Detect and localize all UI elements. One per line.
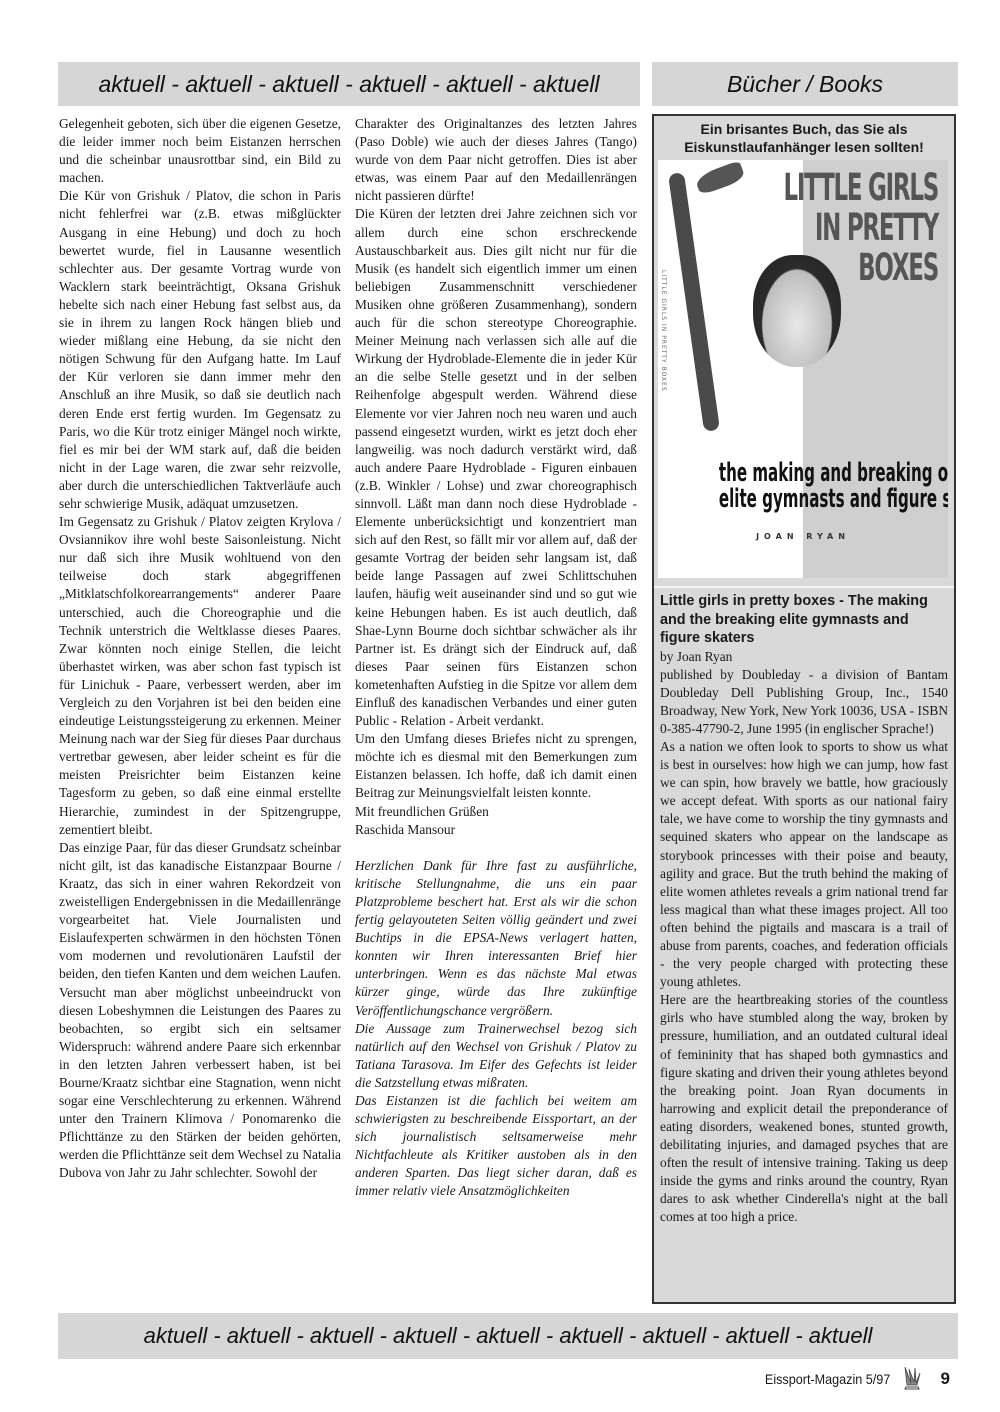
- books-header-text: Bücher / Books: [727, 71, 883, 98]
- footer-band-text: aktuell - aktuell - aktuell - aktuell - …: [144, 1323, 873, 1349]
- reply-paragraph: Das Eistanzen ist die fachlich bei weite…: [355, 1092, 637, 1201]
- paragraph: Um den Umfang dieses Briefes nicht zu sp…: [355, 730, 637, 802]
- cover-subtitle-line: elite gymnasts and figure skaters: [719, 486, 887, 512]
- book-title: Little girls in pretty boxes - The makin…: [654, 586, 954, 648]
- paragraph: Charakter des Originaltanzes des letzten…: [355, 115, 637, 205]
- cover-girl-photo: [753, 255, 841, 367]
- footer-band-aktuell: aktuell - aktuell - aktuell - aktuell - …: [58, 1313, 958, 1359]
- cover-arm-graphic: [668, 172, 720, 432]
- article-column-2: Charakter des Originaltanzes des letzten…: [355, 115, 637, 1201]
- book-description: Here are the heartbreaking stories of th…: [660, 991, 948, 1226]
- section-header-text: aktuell - aktuell - aktuell - aktuell - …: [98, 71, 599, 98]
- book-review-box: Ein brisantes Buch, das Sie als Eiskunst…: [652, 114, 956, 1304]
- page-number: 9: [941, 1369, 950, 1389]
- skater-logo-icon: [901, 1365, 923, 1393]
- paragraph: Die Küren der letzten drei Jahre zeichne…: [355, 205, 637, 730]
- book-description: As a nation we often look to sports to s…: [660, 738, 948, 991]
- paragraph: Das einzige Paar, für das dieser Grundsa…: [59, 839, 341, 1183]
- cover-author: JOAN RYAN: [658, 532, 948, 541]
- cover-spine-text: LITTLE GIRLS IN PRETTY BOXES: [660, 270, 667, 392]
- signature: Raschida Mansour: [355, 821, 637, 839]
- book-author: by Joan Ryan: [660, 648, 948, 666]
- book-cover-image: LITTLE GIRLS IN PRETTY BOXES LITTLE GIRL…: [658, 160, 948, 578]
- paragraph: Im Gegensatz zu Grishuk / Platov zeigten…: [59, 513, 341, 839]
- signoff: Mit freundlichen Grüßen: [355, 803, 637, 821]
- book-teaser: Ein brisantes Buch, das Sie als Eiskunst…: [654, 116, 954, 158]
- reply-paragraph: Die Aussage zum Trainerwechsel bezog sic…: [355, 1020, 637, 1092]
- editor-reply: Herzlichen Dank für Ihre fast zu ausführ…: [355, 857, 637, 1201]
- cover-subtitle-line: the making and breaking of: [719, 460, 887, 486]
- paragraph: Die Kür von Grishuk / Platov, die schon …: [59, 187, 341, 513]
- cover-subtitle: the making and breaking of elite gymnast…: [719, 460, 887, 512]
- cover-hand-graphic: [694, 160, 746, 195]
- book-publisher: published by Doubleday - a division of B…: [660, 666, 948, 738]
- paragraph: Gelegenheit geboten, sich über die eigen…: [59, 115, 341, 187]
- magazine-issue: Eissport-Magazin 5/97: [765, 1371, 890, 1387]
- book-details: by Joan Ryan published by Doubleday - a …: [654, 648, 954, 1227]
- reply-paragraph: Herzlichen Dank für Ihre fast zu ausführ…: [355, 857, 637, 1020]
- article-column-1: Gelegenheit geboten, sich über die eigen…: [59, 115, 341, 1183]
- page-footer: Eissport-Magazin 5/97 9: [751, 1365, 950, 1393]
- section-header-books: Bücher / Books: [652, 62, 958, 106]
- section-header-aktuell: aktuell - aktuell - aktuell - aktuell - …: [58, 62, 640, 106]
